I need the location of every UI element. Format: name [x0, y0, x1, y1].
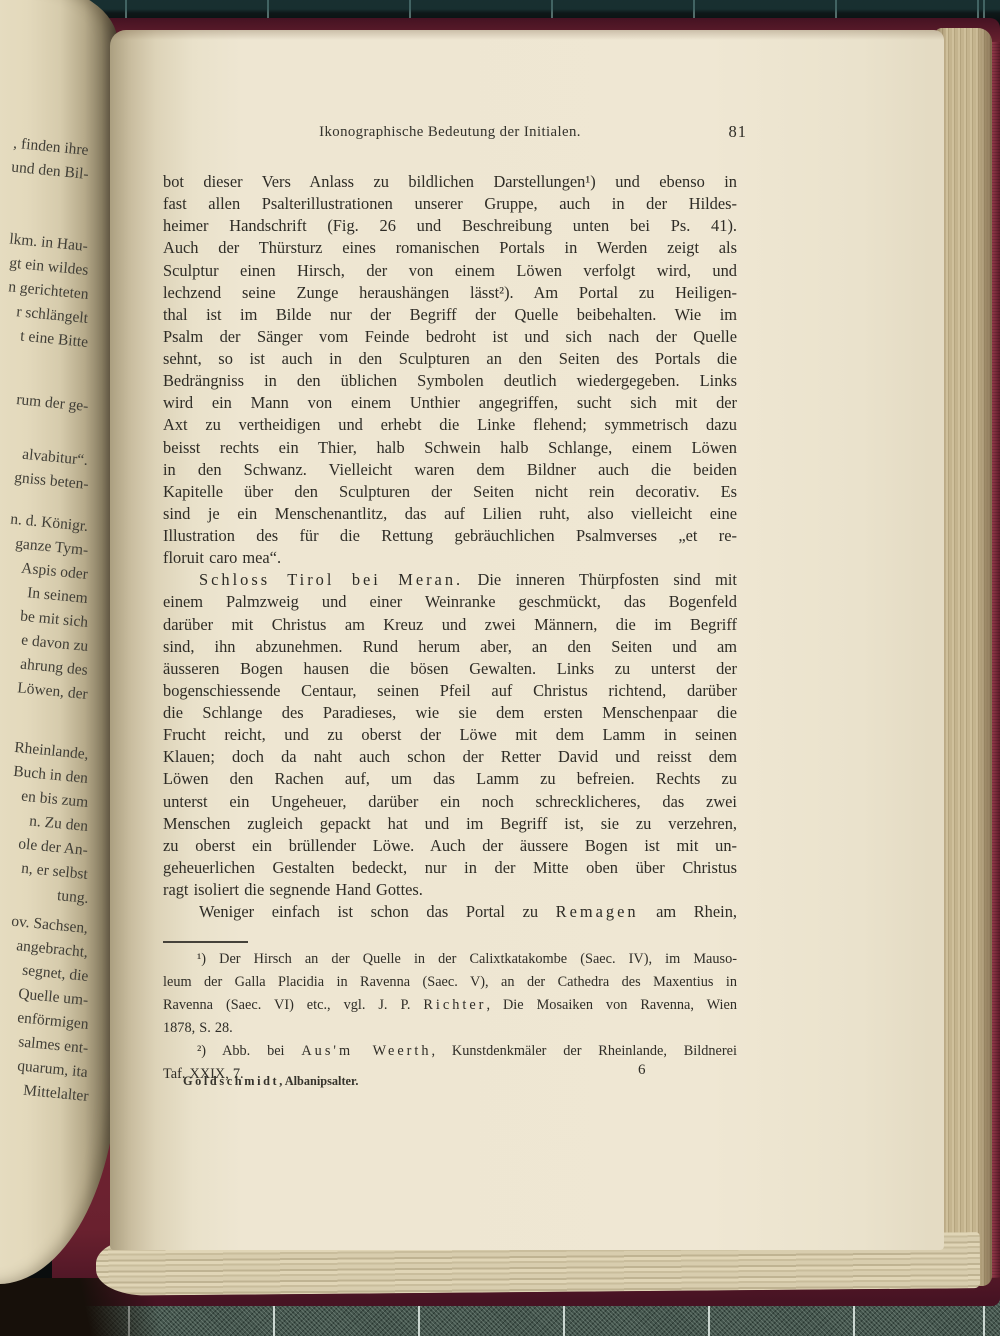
footnote-line: Ravenna (Saec. VI) etc., vgl. J. P. Rich… [163, 994, 737, 1017]
previous-page-text-fragment: n. d. Königr. [10, 511, 89, 536]
body-line: Kapitelle über den Sculpturen der Seiten… [163, 481, 737, 503]
body-line: sehnt, so ist auch in den Sculpturen an … [163, 348, 737, 370]
previous-page-text-fragment: rum der ge- [15, 391, 89, 416]
body-line: wird ein Mann von einem Unthier angegrif… [163, 392, 737, 414]
body-line: fast allen Psalterillustrationen unserer… [163, 193, 737, 215]
body-line: floruit caro mea“. [163, 547, 737, 569]
body-line: unterst ein Ungeheuer, darüber ein noch … [163, 791, 737, 813]
body-line: Weniger einfach ist schon das Portal zu … [163, 901, 737, 923]
footnote-line: ¹) Der Hirsch an der Quelle in der Calix… [163, 948, 737, 971]
body-line: bogenschiessende Centaur, seinen Pfeil a… [163, 680, 737, 702]
previous-page-text-fragment: n gerichteten [7, 278, 89, 304]
previous-page-text-fragment: lkm. in Hau- [9, 230, 89, 255]
previous-page-text-fragment: t eine Bitte [19, 328, 88, 352]
previous-page-text-fragment: Löwen, der [17, 679, 89, 704]
footnotes: ¹) Der Hirsch an der Quelle in der Calix… [163, 948, 737, 1087]
previous-page-text-fragment: enförmigen [16, 1009, 89, 1034]
previous-page-text-fragment: Mittelalter [22, 1082, 89, 1106]
body-line: äusseren Bogen hausen die bösen Gewalten… [163, 658, 737, 680]
previous-page-text-fragment: tung. [56, 887, 89, 908]
book-page: Ikonographische Bedeutung der Initialen.… [110, 30, 944, 1250]
body-line: Frucht reicht, und zu oberst der Löwe mi… [163, 724, 737, 746]
previous-page-text-fragment: salmes ent- [17, 1033, 89, 1058]
previous-page-text-fragment: Aspis oder [21, 560, 89, 584]
previous-page-text-fragment: , finden ihre [12, 135, 89, 160]
previous-page-text-fragment: ov. Sachsen, [11, 913, 89, 938]
previous-page-text-fragment: alvabitur“. [22, 446, 89, 470]
previous-page-text-fragment: ahrung des [20, 656, 89, 680]
body-line: heimer Handschrift (Fig. 26 und Beschrei… [163, 215, 737, 237]
sheet-signature-number: 6 [638, 1062, 646, 1079]
previous-page-text-fragment: segnet, die [21, 962, 89, 986]
previous-page-text-fragment: en bis zum [20, 788, 89, 812]
body-line: geheuerlichen Gestalten bedeckt, nur in … [163, 857, 737, 879]
previous-page-text-fragment: quarum, ita [17, 1057, 89, 1082]
previous-page-text-fragment: n, er selbst [21, 860, 89, 884]
body-line: Menschen zugleich gepackt hat und im Beg… [163, 813, 737, 835]
book-photo-scene: , finden ihreund den Bil-lkm. in Hau-gt … [0, 0, 1000, 1336]
previous-page-text-fragment: r schlängelt [16, 303, 89, 328]
body-line: Auch der Thürsturz eines romanischen Por… [163, 237, 737, 259]
running-head: Ikonographische Bedeutung der Initialen. [319, 124, 581, 140]
body-line: einem Palmzweig und einer Weinranke gesc… [163, 591, 737, 613]
previous-page-edge: , finden ihreund den Bil-lkm. in Hau-gt … [0, 0, 118, 1284]
body-line: Illustration des für die Rettung gebräuc… [163, 525, 737, 547]
body-text: bot dieser Vers Anlass zu bildlichen Dar… [163, 171, 737, 923]
body-line: beisst rechts ein Thier, halb Schwein ha… [163, 437, 737, 459]
previous-page-text-fragment: ganze Tym- [14, 535, 88, 560]
body-line: Psalm der Sänger vom Feinde bedroht ist … [163, 326, 737, 348]
footnote-rule [163, 941, 248, 943]
footnote-line: leum der Galla Placidia in Ravenna (Saec… [163, 971, 737, 994]
body-line: sind je ein Menschenantlitz, das auf Lil… [163, 503, 737, 525]
body-line: Bedrängniss in den üblichen Symbolen deu… [163, 370, 737, 392]
previous-page-text-fragment: Rheinlande, [13, 739, 89, 764]
previous-page-text-fragment: ole der An- [18, 835, 89, 860]
previous-page-text-fragment: In seinem [27, 584, 89, 608]
previous-page-text-fragment: gniss beten- [13, 469, 89, 494]
body-line: ragt isoliert die segnende Hand Gottes. [163, 879, 737, 901]
body-line: Schloss Tirol bei Meran. Die inneren Thü… [163, 569, 737, 591]
body-line: Klauen; doch da naht auch schon der Rett… [163, 746, 737, 768]
previous-page-text-fragment: Quelle um- [17, 985, 89, 1010]
body-line: Axt zu vertheidigen und erhebt die Linke… [163, 414, 737, 436]
body-line: bot dieser Vers Anlass zu bildlichen Dar… [163, 171, 737, 193]
previous-page-text-fragment: Buch in den [13, 763, 89, 788]
page-number: 81 [729, 122, 748, 142]
previous-page-text-fragment: gt ein wildes [8, 254, 89, 280]
body-line: zu oberst ein brüllender Löwe. Auch der … [163, 835, 737, 857]
body-line: Sculptur einen Hirsch, der von einem Löw… [163, 260, 737, 282]
previous-page-text-fragment: be mit sich [19, 608, 88, 632]
previous-page-text-fragment: und den Bil- [10, 159, 89, 184]
running-head-row: Ikonographische Bedeutung der Initialen.… [163, 124, 737, 141]
body-line: in den Schwanz. Vielleicht waren dem Bil… [163, 459, 737, 481]
body-line: die Schlange des Paradieses, wie sie dem… [163, 702, 737, 724]
body-line: lechzend seine Zunge heraushängen lässt²… [163, 282, 737, 304]
body-line: sind, ihn abzunehmen. Rund herum aber, a… [163, 636, 737, 658]
body-line: darüber mit Christus am Kreuz und zwei M… [163, 614, 737, 636]
body-line: thal ist im Bilde nur der Begriff der Qu… [163, 304, 737, 326]
footnote-line: 1878, S. 28. [163, 1017, 737, 1040]
body-line: Löwen den Rachen auf, um das Lamm zu bef… [163, 768, 737, 790]
previous-page-text-fragment: n. Zu den [28, 812, 88, 836]
previous-page-text-fragment: e davon zu [20, 632, 89, 656]
footnote-line: ²) Abb. bei Aus'm Weerth, Kunstdenkmäler… [163, 1040, 737, 1063]
footer-signature: Goldschmidt, Albanipsalter. [183, 1074, 358, 1089]
previous-page-text-fragment: angebracht, [16, 937, 89, 962]
